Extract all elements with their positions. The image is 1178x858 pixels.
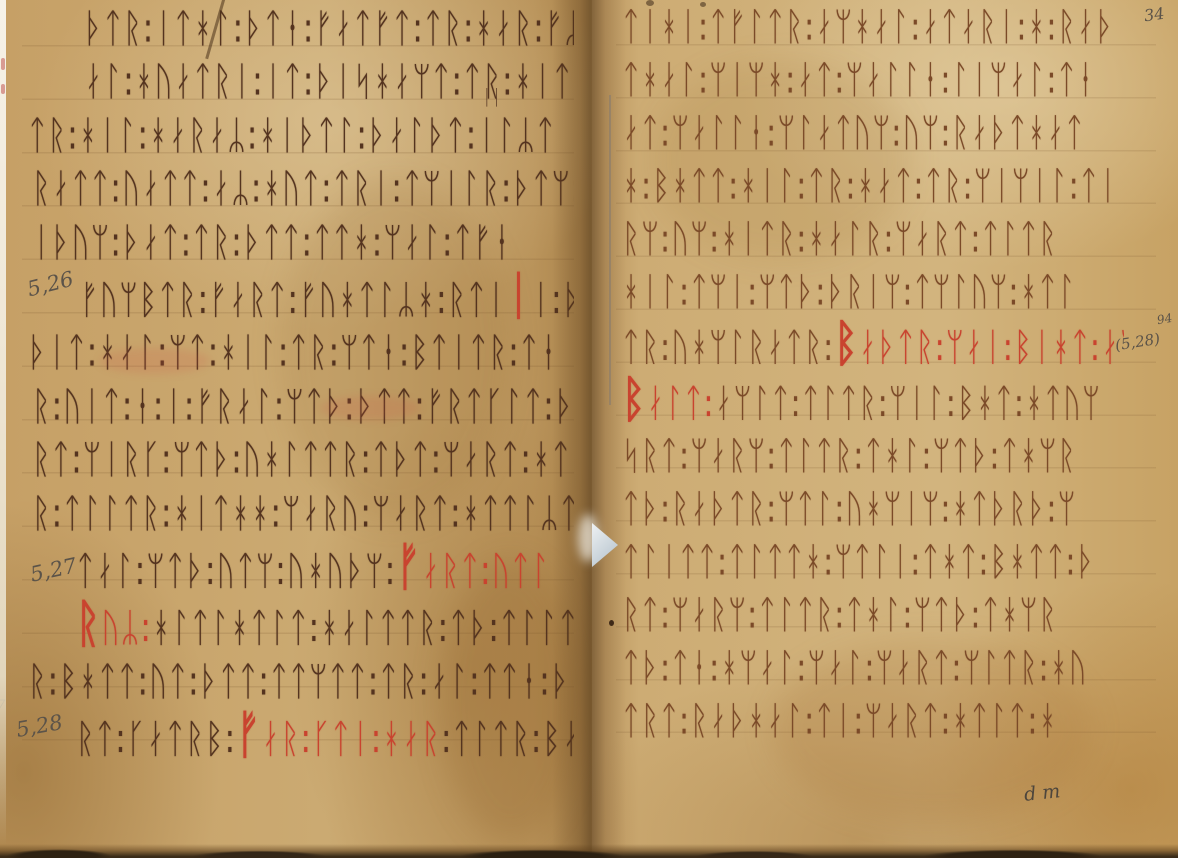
left-page: ᚦᛏᚱ:ᛁᛏᚼᛚ:ᚦᛏᛂ:ᚠᛅᛏᚠᛏ:ᛏᚱ:ᚼᛅᚱ:ᚠᛦᛅᛚ:ᚼᚢᛅᛏᚱᛁ:ᛁᛏ…: [0, 0, 592, 858]
folio-number: 34: [1143, 4, 1166, 26]
margin-rule-line: [609, 95, 611, 405]
ink-dot: [609, 620, 614, 626]
red-ink-blot: [320, 396, 420, 420]
ink-speck: [646, 0, 654, 6]
edge-tick: [1, 84, 5, 94]
rune-text-block: ᚦᛏᚱ:ᛁᛏᚼᛚ:ᚦᛏᛂ:ᚠᛅᛏᚠᛏ:ᛏᚱ:ᚼᛅᚱ:ᚠᛦᛅᛚ:ᚼᚢᛅᛏᚱᛁ:ᛁᛏ…: [28, 3, 574, 767]
interlinear-insert-mark: ᛁᛁ: [482, 85, 501, 110]
margin-note-94: 94: [1156, 311, 1173, 327]
photo-edge-sliver: [0, 0, 6, 845]
ink-speck: [700, 2, 706, 7]
rune-line: ᚱᛏ:ᚴᛅᛏᚱᛒ:ᚠᛅᚱ:ᚴᛏᛁ:ᚼᛅᚱ:ᛏᛚᛏᚱ:ᛒᛅᚱ: [76, 701, 574, 774]
edge-tick: [1, 58, 5, 70]
right-page: ᛏᛁᚼᛁ:ᛏᚠᛚᛏᚱ:ᛅᛘᚼᛅᛚ:ᛅᛏᛅᚱᛁ:ᚼ:ᚱᛅᚦᛏᚼᛅᛚ:ᛘᛁᛘᚼ:ᛅᛏ…: [592, 0, 1178, 858]
librarian-signature: d m: [1023, 780, 1061, 806]
manuscript-photo: ᚦᛏᚱ:ᛁᛏᚼᛚ:ᚦᛏᛂ:ᚠᛅᛏᚠᛏ:ᛏᚱ:ᚼᛅᚱ:ᚠᛦᛅᛚ:ᚼᚢᛅᛏᚱᛁ:ᛁᛏ…: [0, 0, 1178, 858]
rune-line: ᛏᚱᛏ:ᚱᛅᚦᚼᛅᛚ:ᛏᛁ:ᛘᛅᚱᛏ:ᚼᛏᛚᛏ:ᚼ: [622, 688, 1124, 756]
photo-bottom-edge: [0, 844, 1178, 858]
page-gutter-shadow: [552, 0, 626, 858]
rune-text-block: ᛏᛁᚼᛁ:ᛏᚠᛚᛏᚱ:ᛅᛘᚼᛅᛚ:ᛅᛏᛅᚱᛁ:ᚼ:ᚱᛅᚦᛏᚼᛅᛚ:ᛘᛁᛘᚼ:ᛅᛏ…: [622, 2, 1124, 749]
red-ink-blot: [100, 348, 210, 374]
